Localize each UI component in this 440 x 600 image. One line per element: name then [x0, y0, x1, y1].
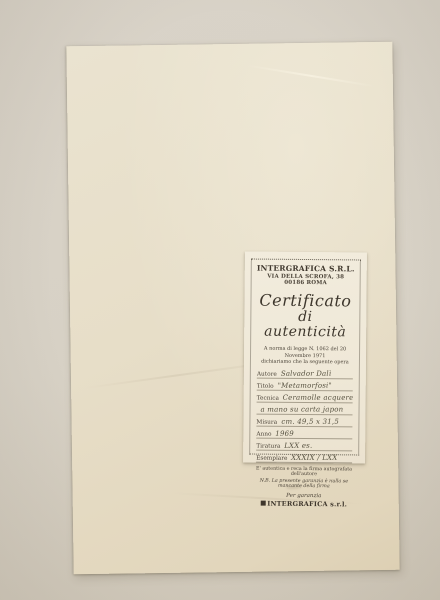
- handwritten-value: a mano su carta japon: [260, 406, 343, 414]
- certificate-fields: Autore Salvador Dalì Titolo "Metamorfosi…: [255, 369, 354, 466]
- field-label: Misura: [256, 420, 277, 426]
- legal-line-1: A norma di legge N. 1062 del 20 Novembre…: [256, 345, 354, 359]
- field-row-tecnica: Tecnica Ceramolle acquerellata: [257, 393, 353, 404]
- handwritten-value: Ceramolle acquerellata: [283, 394, 353, 402]
- guarantee-label: Per garanzia: [255, 493, 353, 500]
- handwritten-value: cm. 49,5 x 31,5: [281, 418, 339, 426]
- certificate-title: Certificato di autenticità: [256, 293, 354, 341]
- handwritten-value: Salvador Dalì: [281, 370, 331, 378]
- field-label: Tiratura: [256, 444, 280, 450]
- field-row-tiratura: Tiratura LXX es.: [256, 441, 352, 452]
- handwritten-value: "Metamorfosi": [278, 382, 332, 390]
- legal-line-2: dichiariamo che la seguente opera: [256, 359, 354, 367]
- certificate-label: INTERGRAFICA S.R.L. VIA DELLA SCROFA, 38…: [243, 251, 367, 463]
- field-row-autore: Autore Salvador Dalì: [257, 369, 353, 380]
- field-label: Autore: [257, 372, 277, 378]
- handwritten-value: XXXIX / LXX: [291, 454, 337, 462]
- stamp-company-name: INTERGRAFICA s.r.l.: [267, 500, 347, 509]
- field-row-titolo: Titolo "Metamorfosi": [257, 381, 353, 392]
- paper-crease: [247, 64, 376, 87]
- company-address-line2: 00186 ROMA: [257, 280, 355, 287]
- field-row-esemplare: Esemplare XXXIX / LXX: [256, 453, 352, 464]
- title-line-2: di autenticità: [256, 310, 354, 342]
- field-label: Tecnica: [257, 396, 279, 402]
- handwritten-value: 1969: [275, 430, 294, 438]
- company-name: INTERGRAFICA S.R.L.: [257, 265, 355, 274]
- authenticity-statement: E' autentica e reca la firma autografata…: [255, 467, 353, 478]
- field-row-anno: Anno 1969: [256, 429, 352, 440]
- stamp-company-row: INTERGRAFICA s.r.l.: [255, 500, 353, 509]
- field-row-misura: Misura cm. 49,5 x 31,5: [256, 417, 352, 428]
- title-line-1: Certificato: [256, 293, 354, 311]
- dotted-border: INTERGRAFICA S.R.L. VIA DELLA SCROFA, 38…: [249, 259, 361, 456]
- handwritten-value: LXX es.: [284, 442, 312, 450]
- field-label: Anno: [256, 432, 271, 438]
- field-row-tecnica-continued: a mano su carta japon: [256, 405, 352, 416]
- field-label: Titolo: [257, 384, 274, 390]
- certificate-header: INTERGRAFICA S.R.L. VIA DELLA SCROFA, 38…: [257, 265, 355, 287]
- legal-notice: A norma di legge N. 1062 del 20 Novembre…: [256, 345, 354, 366]
- field-label: Esemplare: [256, 456, 287, 462]
- guarantee-stamp: Per garanzia INTERGRAFICA s.r.l.: [255, 493, 353, 509]
- intergrafica-logo-icon: [260, 501, 265, 506]
- nb-warning: N.B. La presente garanzia è nulla se man…: [255, 479, 353, 490]
